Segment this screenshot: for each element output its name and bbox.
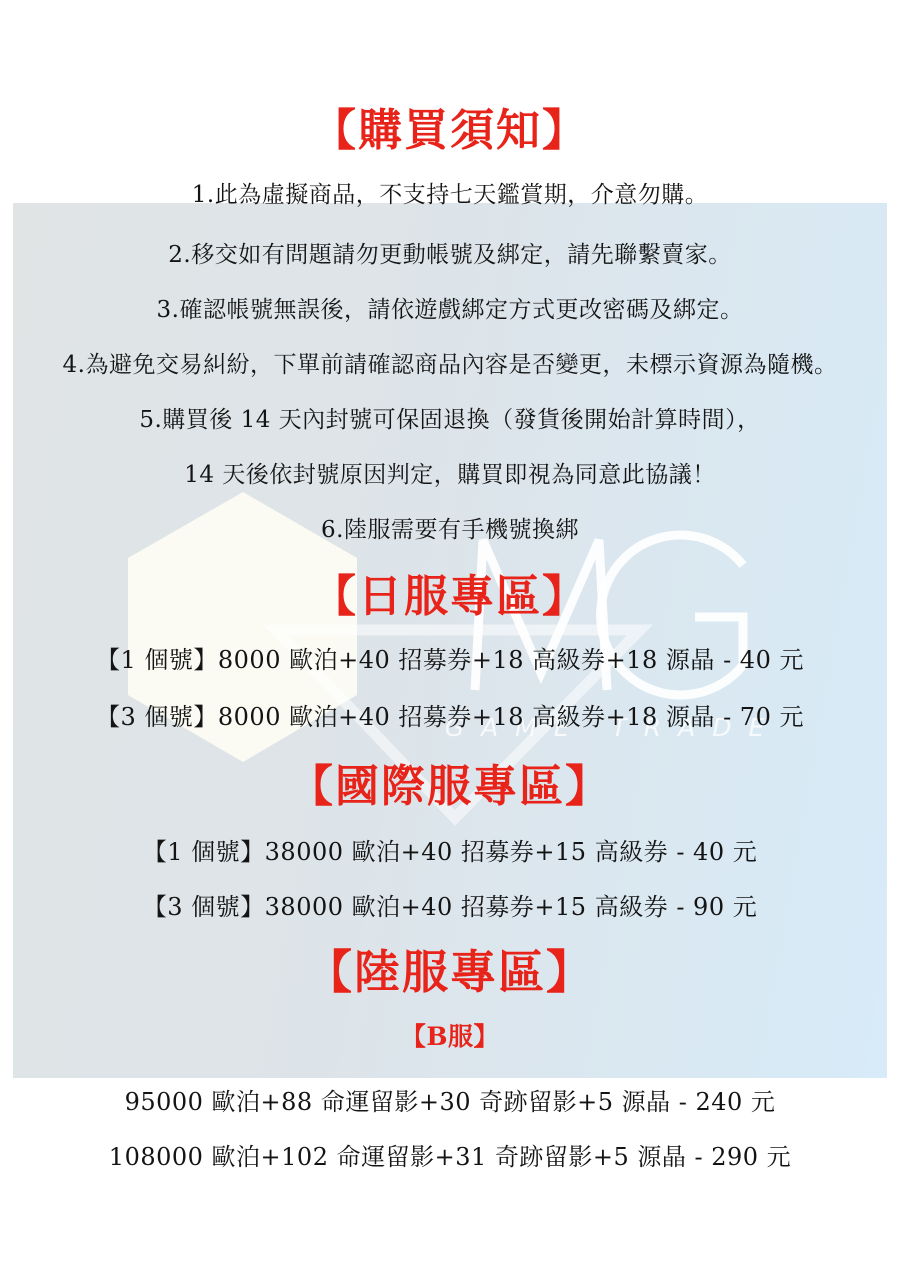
notice-line-2: 2.移交如有問題請勿更動帳號及綁定，請先聯繫賣家。 — [0, 236, 900, 269]
notice-line-5: 5.購買後 14 天內封號可保固退換（發貨後開始計算時間）， — [0, 401, 900, 434]
notice-line-5-cont: 14 天後依封號原因判定，購買即視為同意此協議！ — [0, 456, 900, 489]
price-line-international-2: 【3 個號】38000 歐泊+40 招募券+15 高級券 - 90 元 — [0, 887, 900, 922]
price-line-cn-2: 108000 歐泊+102 命運留影+31 奇跡留影+5 源晶 - 290 元 — [0, 1137, 900, 1172]
price-line-japan-1: 【1 個號】8000 歐泊+40 招募券+18 高級券+18 源晶 - 40 元 — [0, 640, 900, 675]
price-line-japan-2: 【3 個號】8000 歐泊+40 招募券+18 高級券+18 源晶 - 70 元 — [0, 697, 900, 732]
notice-line-4: 4.為避免交易糾紛，下單前請確認商品內容是否變更，未標示資源為隨機。 — [0, 346, 900, 379]
price-line-international-1: 【1 個號】38000 歐泊+40 招募券+15 高級券 - 40 元 — [0, 832, 900, 867]
section-header-japan-server: 【日服專區】 — [0, 560, 900, 624]
page-title: 【購買須知】 — [0, 94, 900, 158]
section-header-international-server: 【國際服專區】 — [0, 750, 900, 814]
price-line-cn-1: 95000 歐泊+88 命運留影+30 奇跡留影+5 源晶 - 240 元 — [0, 1082, 900, 1117]
section-header-cn-server: 【陸服專區】 — [0, 936, 900, 1002]
notice-line-6: 6.陸服需要有手機號換綁 — [0, 511, 900, 544]
notice-line-1: 1.此為虛擬商品，不支持七天鑑賞期，介意勿購。 — [0, 176, 900, 209]
notice-line-3: 3.確認帳號無誤後，請依遊戲綁定方式更改密碼及綁定。 — [0, 291, 900, 324]
subheader-b-server: 【B服】 — [0, 1017, 900, 1053]
